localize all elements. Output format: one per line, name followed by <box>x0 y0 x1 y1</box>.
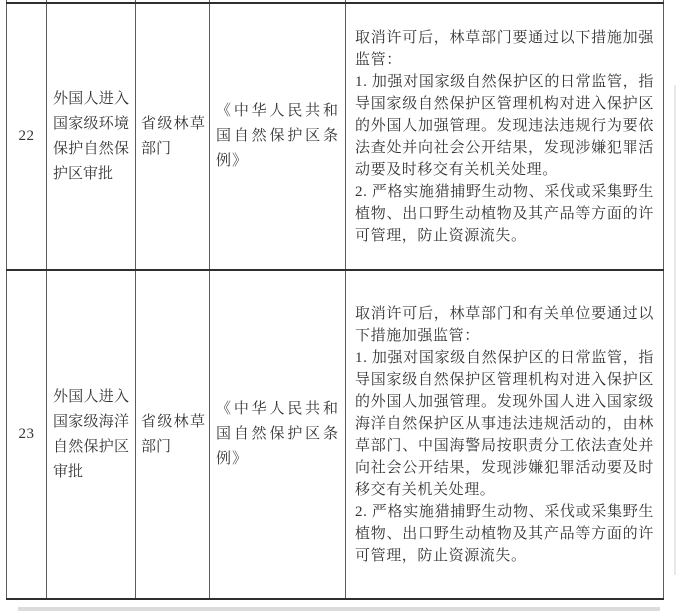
cell-row-number: 22 <box>7 3 47 270</box>
scan-shadow-right <box>674 85 676 575</box>
scan-shadow-bottom <box>18 607 660 611</box>
cell-implementing-department: 省级林草部门 <box>136 270 210 599</box>
cell-legal-basis: 《中华人民共和国自然保护区条例》 <box>210 270 346 599</box>
approval-items-table: 22 外国人进入国家级环境保护自然保护区审批 省级林草部门 《中华人民共和国自然… <box>6 0 664 600</box>
cell-approval-item-name: 外国人进入国家级环境保护自然保护区审批 <box>47 3 136 270</box>
cell-row-number: 23 <box>7 270 47 599</box>
measures-item-1: 1. 加强对国家级自然保护区的日常监管，指导国家级自然保护区管理机构对进入保护区… <box>355 71 654 181</box>
scanned-document-page: 22 外国人进入国家级环境保护自然保护区审批 省级林草部门 《中华人民共和国自然… <box>0 0 678 612</box>
cell-legal-basis: 《中华人民共和国自然保护区条例》 <box>210 3 346 270</box>
table-row-23: 23 外国人进入国家级海洋自然保护区审批 省级林草部门 《中华人民共和国自然保护… <box>7 270 664 599</box>
measures-intro: 取消许可后，林草部门和有关单位要通过以下措施加强监管： <box>355 303 654 347</box>
cell-supervision-measures: 取消许可后，林草部门和有关单位要通过以下措施加强监管： 1. 加强对国家级自然保… <box>346 270 664 599</box>
measures-intro: 取消许可后，林草部门要通过以下措施加强监管： <box>355 27 654 71</box>
measures-item-1: 1. 加强对国家级自然保护区的日常监管，指导国家级自然保护区管理机构对进入保护区… <box>355 347 654 501</box>
table-row-22: 22 外国人进入国家级环境保护自然保护区审批 省级林草部门 《中华人民共和国自然… <box>7 3 664 270</box>
measures-item-2: 2. 严格实施猎捕野生动物、采伐或采集野生植物、出口野生动植物及其产品等方面的许… <box>355 181 654 247</box>
cell-supervision-measures: 取消许可后，林草部门要通过以下措施加强监管： 1. 加强对国家级自然保护区的日常… <box>346 3 664 270</box>
cell-implementing-department: 省级林草部门 <box>136 3 210 270</box>
cell-approval-item-name: 外国人进入国家级海洋自然保护区审批 <box>47 270 136 599</box>
measures-item-2: 2. 严格实施猎捕野生动物、采伐或采集野生植物、出口野生动植物及其产品等方面的许… <box>355 501 654 567</box>
